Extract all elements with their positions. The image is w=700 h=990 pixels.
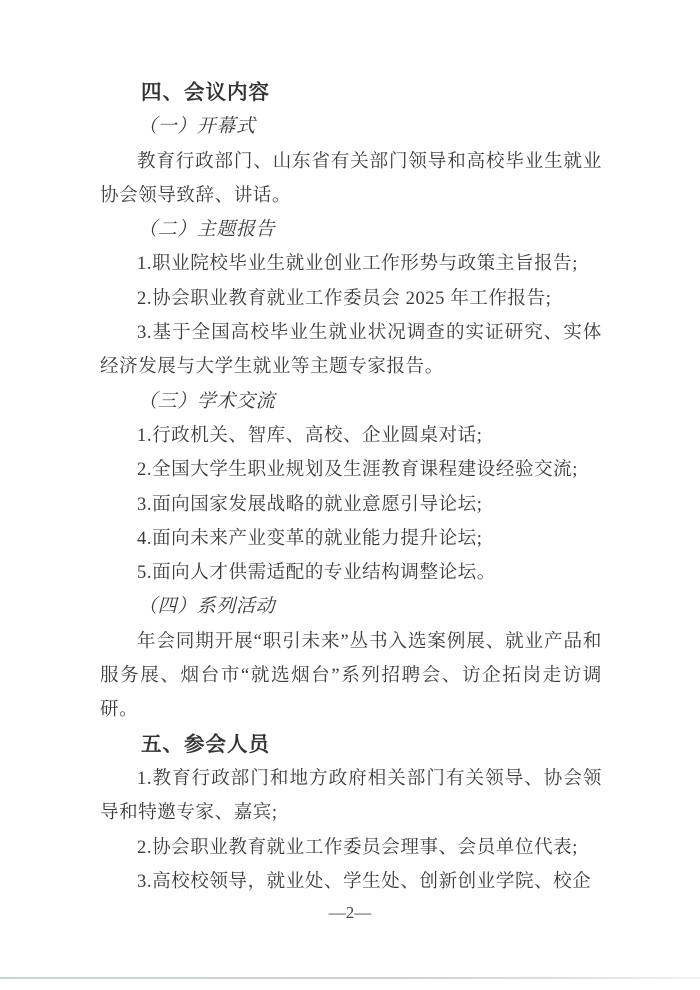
heading-meeting-content: 四、会议内容 [100, 76, 602, 110]
item-keynote-report-1: 1.职业院校毕业生就业创业工作形势与政策主旨报告; [100, 247, 602, 281]
document-page: 四、会议内容 （一）开幕式 教育行政部门、山东省有关部门领导和高校毕业生就业协会… [0, 0, 700, 990]
heading-participants: 五、参会人员 [100, 728, 602, 762]
page-number: —2— [0, 903, 700, 923]
item-keynote-report-3: 3.基于全国高校毕业生就业状况调查的实证研究、实体经济发展与大学生就业等主题专家… [100, 316, 602, 385]
item-academic-exchange-4: 4.面向未来产业变革的就业能力提升论坛; [100, 522, 602, 556]
document-body: 四、会议内容 （一）开幕式 教育行政部门、山东省有关部门领导和高校毕业生就业协会… [100, 76, 602, 899]
item-academic-exchange-1: 1.行政机关、智库、高校、企业圆桌对话; [100, 419, 602, 453]
item-academic-exchange-5: 5.面向人才供需适配的专业结构调整论坛。 [100, 556, 602, 590]
para-opening-ceremony: 教育行政部门、山东省有关部门领导和高校毕业生就业协会领导致辞、讲话。 [100, 145, 602, 214]
item-academic-exchange-2: 2.全国大学生职业规划及生涯教育课程建设经验交流; [100, 453, 602, 487]
item-participants-2: 2.协会职业教育就业工作委员会理事、会员单位代表; [100, 831, 602, 865]
item-participants-1: 1.教育行政部门和地方政府相关部门有关领导、协会领导和特邀专家、嘉宾; [100, 762, 602, 831]
item-participants-3: 3.高校校领导，就业处、学生处、创新创业学院、校企 [100, 865, 602, 899]
para-series-activities: 年会同期开展“职引未来”丛书入选案例展、就业产品和服务展、烟台市“就选烟台”系列… [100, 625, 602, 728]
subheading-academic-exchange: （三）学术交流 [100, 385, 602, 419]
item-academic-exchange-3: 3.面向国家发展战略的就业意愿引导论坛; [100, 488, 602, 522]
subheading-opening-ceremony: （一）开幕式 [100, 110, 602, 144]
item-keynote-report-2: 2.协会职业教育就业工作委员会 2025 年工作报告; [100, 282, 602, 316]
subheading-keynote-reports: （二）主题报告 [100, 213, 602, 247]
page-bottom-edge [0, 977, 700, 979]
subheading-series-activities: （四）系列活动 [100, 590, 602, 624]
